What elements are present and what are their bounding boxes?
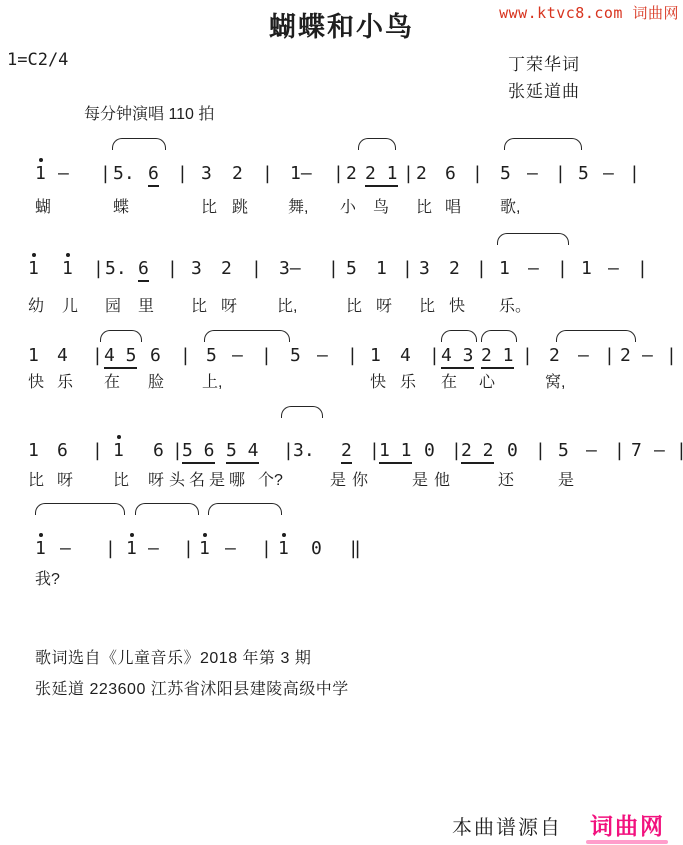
note-token: 2 1 xyxy=(481,347,514,369)
note-token: 4 3 xyxy=(441,347,474,369)
lyric-syllable: 是 xyxy=(412,471,428,490)
note-token: — xyxy=(528,260,539,278)
note-token: 2 xyxy=(416,165,427,183)
note-token: 4 5 xyxy=(104,347,137,369)
note-token: 5. xyxy=(113,165,135,183)
note-token: 2 xyxy=(449,260,460,278)
note-token: 2 xyxy=(620,347,631,365)
note-token: 1 xyxy=(126,540,137,558)
note-token: 2 xyxy=(232,165,243,183)
note-token: — xyxy=(654,442,665,460)
lyric-syllable: 比 xyxy=(201,198,217,217)
lyric-syllable: 名 xyxy=(189,471,205,490)
footer-credit-text: 本曲谱源自 xyxy=(452,811,562,840)
bar-line: | xyxy=(347,347,358,365)
slur-arc xyxy=(556,330,636,342)
note-token: 1 1 xyxy=(379,442,412,464)
note-token: 3 xyxy=(419,260,430,278)
note-token: — xyxy=(232,347,243,365)
source-note-line1: 歌词选自《儿童音乐》2018 年第 3 期 xyxy=(35,645,311,668)
note-token: 5 6 xyxy=(182,442,215,464)
note-token: 1 xyxy=(370,347,381,365)
note-token: 1 xyxy=(28,260,39,278)
slur-arc xyxy=(504,138,582,150)
note-token: — xyxy=(527,165,538,183)
lyric-syllable: 跳 xyxy=(232,198,248,217)
note-token: 6 xyxy=(148,165,159,187)
note-token: 1 xyxy=(28,347,39,365)
bar-line: | xyxy=(100,165,111,183)
note-token: 3 xyxy=(191,260,202,278)
note-token: — xyxy=(58,165,69,183)
slur-arc xyxy=(441,330,477,342)
lyric-syllable: 快 xyxy=(370,373,386,392)
bar-line: | xyxy=(429,347,440,365)
note-token: 1 xyxy=(199,540,210,558)
music-line: 14|4 56|5—|5—|14|4 32 1|2—|2—|快乐在脸上,快乐在心… xyxy=(0,0,683,845)
note-token: 1 xyxy=(62,260,73,278)
lyric-syllable: 快 xyxy=(28,373,44,392)
lyric-syllable: 儿 xyxy=(62,297,78,316)
note-token: 0 xyxy=(311,540,322,558)
music-line: 1—|1—|1—|10‖我? xyxy=(0,0,683,845)
lyric-syllable: 他 xyxy=(434,471,450,490)
bar-line: | xyxy=(557,260,568,278)
bar-line: | xyxy=(472,165,483,183)
lyric-syllable: 快 xyxy=(449,297,465,316)
bar-line: | xyxy=(261,540,272,558)
site-logo: 词曲网 xyxy=(590,808,665,841)
note-token: — xyxy=(578,347,589,365)
note-token: 2 xyxy=(341,442,352,464)
lyric-syllable: 是 xyxy=(330,471,346,490)
lyric-syllable: 幼 xyxy=(28,297,44,316)
bar-line: | xyxy=(261,347,272,365)
slur-arc xyxy=(497,233,569,245)
sheet-music-page: www.ktvc8.com 词曲网 蝴蝶和小鸟 1=C2/4 丁荣华词 张延道曲… xyxy=(0,0,683,845)
site-logo-underline xyxy=(586,840,668,844)
lyric-syllable: 是 xyxy=(558,471,574,490)
note-token: 6 xyxy=(445,165,456,183)
note-token: 6 xyxy=(153,442,164,460)
lyric-syllable: 小 xyxy=(340,198,356,217)
lyric-syllable: 个? xyxy=(258,471,283,490)
slur-arc xyxy=(208,503,282,515)
bar-line: | xyxy=(369,442,380,460)
bar-line: | xyxy=(666,347,677,365)
lyric-syllable: 歌, xyxy=(500,198,520,217)
note-token: 5 xyxy=(206,347,217,365)
bar-line: | xyxy=(262,165,273,183)
bar-line: | xyxy=(604,347,615,365)
bar-line: | xyxy=(172,442,183,460)
note-token: 2 xyxy=(346,165,357,183)
note-token: — xyxy=(60,540,71,558)
lyric-syllable: 蝴 xyxy=(35,198,51,217)
lyric-syllable: 心 xyxy=(479,373,495,392)
note-token: — xyxy=(225,540,236,558)
bar-line: | xyxy=(476,260,487,278)
note-token: — xyxy=(586,442,597,460)
note-token: 1 xyxy=(113,442,124,460)
bar-line: | xyxy=(522,347,533,365)
note-token: 7 xyxy=(631,442,642,460)
lyric-syllable: 比 xyxy=(419,297,435,316)
lyric-syllable: 比 xyxy=(28,471,44,490)
slur-arc xyxy=(100,330,142,342)
lyric-syllable: 在 xyxy=(441,373,457,392)
bar-line: | xyxy=(402,260,413,278)
lyric-syllable: 里 xyxy=(138,297,154,316)
note-token: 3. xyxy=(293,442,315,460)
score: 1—|5.6|32|1—|22 1|26|5—|5—|蝴蝶比跳舞,小鸟比唱歌,1… xyxy=(0,0,683,845)
lyric-syllable: 比 xyxy=(113,471,129,490)
slur-arc xyxy=(281,406,323,418)
bar-line: | xyxy=(283,442,294,460)
slur-arc xyxy=(358,138,396,150)
lyric-syllable: 乐。 xyxy=(499,297,531,316)
note-token: 5 xyxy=(346,260,357,278)
bar-line: | xyxy=(92,347,103,365)
note-token: 2 xyxy=(221,260,232,278)
lyric-syllable: 在 xyxy=(104,373,120,392)
note-token: 1 xyxy=(35,540,46,558)
slur-arc xyxy=(112,138,166,150)
note-token: 1 xyxy=(278,540,289,558)
lyric-syllable: 呀 xyxy=(376,297,392,316)
note-token: — xyxy=(317,347,328,365)
music-line: 16|16|5 65 4|3.2|1 10|2 20|5—|7—|比呀比呀头名是… xyxy=(0,0,683,845)
bar-line: | xyxy=(403,165,414,183)
note-token: 2 xyxy=(549,347,560,365)
note-token: 1 xyxy=(376,260,387,278)
note-token: 1 xyxy=(35,165,46,183)
source-note-line2: 张延道 223600 江苏省沭阳县建陵高级中学 xyxy=(35,676,349,699)
lyric-syllable: 窝, xyxy=(545,373,565,392)
bar-line: | xyxy=(535,442,546,460)
bar-line: | xyxy=(676,442,683,460)
note-token: 0 xyxy=(507,442,518,460)
bar-line: | xyxy=(333,165,344,183)
music-line: 11|5.6|32|3—|51|32|1—|1—|幼儿园里比呀比,比呀比快乐。 xyxy=(0,0,683,845)
note-token: 6 xyxy=(138,260,149,282)
lyric-syllable: 唱 xyxy=(445,198,461,217)
note-token: 3— xyxy=(279,260,301,278)
lyric-syllable: 呀 xyxy=(148,471,164,490)
note-token: — xyxy=(148,540,159,558)
note-token: 2 2 xyxy=(461,442,494,464)
note-token: 3 xyxy=(201,165,212,183)
lyric-syllable: 还 xyxy=(498,471,514,490)
bar-line: | xyxy=(251,260,262,278)
lyric-syllable: 上, xyxy=(202,373,222,392)
note-token: — xyxy=(642,347,653,365)
bar-line: | xyxy=(451,442,462,460)
bar-line: | xyxy=(555,165,566,183)
note-token: — xyxy=(608,260,619,278)
slur-arc xyxy=(481,330,517,342)
bar-line: | xyxy=(614,442,625,460)
bar-line: | xyxy=(629,165,640,183)
lyric-syllable: 蝶 xyxy=(113,198,129,217)
note-token: 1 xyxy=(28,442,39,460)
note-token: 4 xyxy=(57,347,68,365)
music-line: 1—|5.6|32|1—|22 1|26|5—|5—|蝴蝶比跳舞,小鸟比唱歌, xyxy=(0,0,683,845)
lyric-syllable: 乐 xyxy=(57,373,73,392)
lyric-syllable: 舞, xyxy=(288,198,308,217)
lyric-syllable: 鸟 xyxy=(373,198,389,217)
lyric-syllable: 呀 xyxy=(57,471,73,490)
slur-arc xyxy=(135,503,199,515)
lyric-syllable: 头 xyxy=(169,471,185,490)
bar-line: | xyxy=(180,347,191,365)
bar-line: | xyxy=(637,260,648,278)
bar-line: | xyxy=(328,260,339,278)
note-token: 5 xyxy=(290,347,301,365)
note-token: 6 xyxy=(57,442,68,460)
note-token: 6 xyxy=(150,347,161,365)
lyric-syllable: 脸 xyxy=(148,373,164,392)
lyric-syllable: 比, xyxy=(277,297,297,316)
note-token: 1 xyxy=(499,260,510,278)
note-token: 4 xyxy=(400,347,411,365)
lyric-syllable: 哪 xyxy=(229,471,245,490)
bar-line: | xyxy=(167,260,178,278)
note-token: 2 1 xyxy=(365,165,398,187)
lyric-syllable: 比 xyxy=(191,297,207,316)
lyric-syllable: 你 xyxy=(352,471,368,490)
lyric-syllable: 乐 xyxy=(400,373,416,392)
note-token: 5 xyxy=(558,442,569,460)
lyric-syllable: 比 xyxy=(346,297,362,316)
lyric-syllable: 呀 xyxy=(221,297,237,316)
note-token: 1 xyxy=(581,260,592,278)
bar-line: | xyxy=(105,540,116,558)
note-token: 5 xyxy=(500,165,511,183)
lyric-syllable: 比 xyxy=(416,198,432,217)
note-token: 5. xyxy=(105,260,127,278)
slur-arc xyxy=(204,330,290,342)
note-token: 1— xyxy=(290,165,312,183)
lyric-syllable: 我? xyxy=(35,570,60,589)
bar-line: | xyxy=(92,442,103,460)
lyric-syllable: 是 xyxy=(209,471,225,490)
bar-line: | xyxy=(177,165,188,183)
note-token: 5 4 xyxy=(226,442,259,464)
note-token: 0 xyxy=(424,442,435,460)
bar-line: | xyxy=(183,540,194,558)
slur-arc xyxy=(35,503,125,515)
note-token: 5 xyxy=(578,165,589,183)
note-token: — xyxy=(603,165,614,183)
lyric-syllable: 园 xyxy=(105,297,121,316)
bar-line: | xyxy=(93,260,104,278)
final-bar-line: ‖ xyxy=(350,540,361,558)
